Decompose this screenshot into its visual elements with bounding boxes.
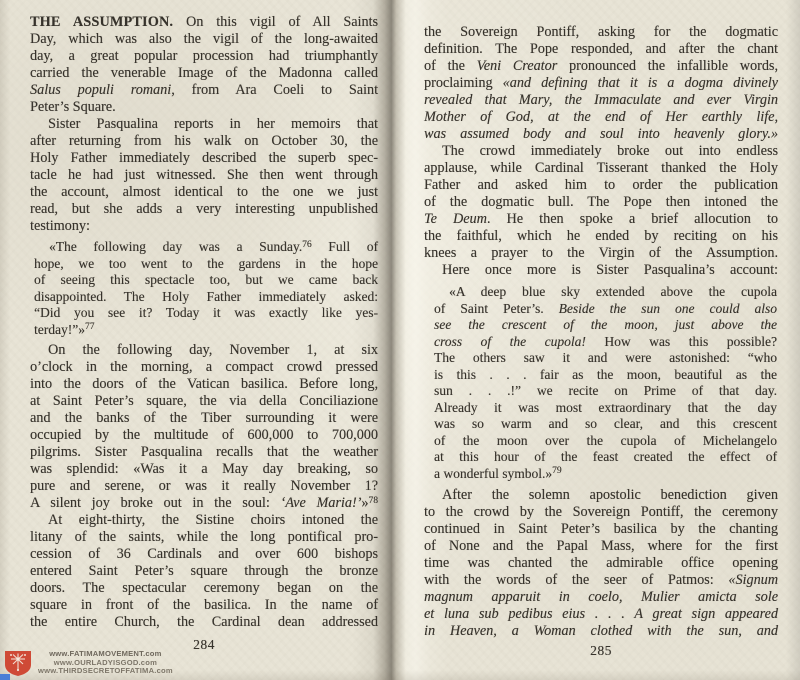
text-segment: On this vigil of All Saints [173,14,378,30]
text-segment: How was this possible? [586,334,777,349]
text-line: a wonderful symbol.»79 [434,466,777,483]
text-segment: THE ASSUMPTION. [30,14,173,30]
text-segment: entered Saint Peter’s square through the… [30,563,378,579]
text-segment: Holy Father immediately described the su… [30,150,378,166]
text-line: The crowd immediately broke out into end… [424,143,778,160]
text-line: the entire Church, the Cardinal dean add… [30,614,378,631]
text-segment: the faithful, which he ended by reciting… [424,228,778,244]
text-line: proclaiming «and defining that it is a d… [424,75,778,92]
footer-urls: www.FATIMAMOVEMENT.com www.OURLADYISGOD.… [38,650,173,676]
text-segment: et luna sub pedibus eius . . . A great s… [424,606,778,622]
text-line: pilgrims. Sister Pasqualina recalls that… [30,444,378,461]
right-edge-shadow [786,0,800,680]
text-segment: The others saw it and were astonished: “… [434,350,777,365]
text-segment: Salus populi romani [30,82,171,98]
text-segment: occupied by the multitude of 600,000 to … [30,427,378,443]
text-segment: in Heaven, a Woman clothed with the sun,… [424,623,778,639]
text-segment: Peter’s Square. [30,99,116,115]
text-line: «The following day was a Sunday.76 Full … [34,239,378,256]
text-segment: a wonderful symbol.» [434,466,552,481]
text-segment: to the crowd by the Sovereign Pontiff, t… [424,504,778,520]
text-segment: the account, almost identical to the one… [30,184,378,200]
text-segment: day, a great popular procession had triu… [30,48,378,64]
text-segment: . He then spoke a brief allocution to [487,211,778,227]
text-segment: time was chanted the admirable office op… [424,555,778,571]
text-segment: of the moon over the cupola of Michelang… [434,433,777,448]
text-segment: of seeing this spectacle too, but we cam… [34,272,378,287]
text-segment: » [361,495,368,511]
text-line: tacle he had just witnessed. She then we… [30,167,378,184]
text-line: disappointed. The Holy Father immediatel… [34,289,378,306]
text-segment: read, but she adds a very interesting un… [30,201,378,217]
text-segment: “Did you see it? Today it was exactly li… [34,305,378,320]
text-line: was assumed body and soul into heavenly … [424,126,778,143]
text-segment: see the crescent of the moon, just above… [434,317,777,332]
text-line: revealed that Mary, the Immaculate and e… [424,92,778,109]
text-segment: the entire Church, the Cardinal dean add… [30,614,378,630]
text-segment: magnum apparuit in coelo, Mulier amicta … [424,589,778,605]
text-line: On the following day, November 1, at six [30,342,378,359]
text-line: carried the venerable Image of the Madon… [30,65,378,82]
text-line: after returning from his walk on October… [30,133,378,150]
text-segment: «Signum [728,572,778,588]
text-line: THE ASSUMPTION. On this vigil of All Sai… [30,14,378,31]
text-line: square in front of the basilica. In the … [30,597,378,614]
text-line: of seeing this spectacle too, but we cam… [34,272,378,289]
footer-watermark: www.FATIMAMOVEMENT.com www.OURLADYISGOD.… [3,650,173,680]
paragraph: After the solemn apostolic benediction g… [424,487,778,640]
book-spread: THE ASSUMPTION. On this vigil of All Sai… [0,0,800,680]
footnote-marker: 76 [302,240,312,250]
text-segment: tacle he had just witnessed. She then we… [30,167,378,183]
text-segment: continued in Saint Peter’s basilica by t… [424,521,778,537]
text-segment: terday!”» [34,322,85,337]
text-line: time was chanted the admirable office op… [424,555,778,572]
text-line: et luna sub pedibus eius . . . A great s… [424,606,778,623]
footnote-marker: 79 [552,466,562,476]
left-edge-shadow [0,0,10,680]
text-line: terday!”»77 [34,322,378,339]
text-segment: Full of [312,239,378,254]
text-segment: pilgrims. Sister Pasqualina recalls that… [30,444,378,460]
text-line: hope, we too went to the gardens in the … [34,256,378,273]
text-segment: o’clock in the morning, a compact crowd … [30,359,378,375]
text-segment: «and defining that it is a dogma divinel… [503,75,778,91]
text-line: litany of the saints, while the long pon… [30,529,378,546]
text-segment: after returning from his walk on October… [30,133,378,149]
text-segment: hope, we too went to the gardens in the … [34,256,378,271]
text-segment: doors. The spectacular ceremony began on… [30,580,378,596]
text-segment: Here once more is Sister Pasqualina’s ac… [442,262,778,278]
text-segment: revealed that Mary, the Immaculate and e… [424,92,778,108]
text-segment: of the dogmatic bull. The Pope then into… [424,194,778,210]
text-segment: carried the venerable Image of the Madon… [30,65,378,81]
paragraph: On the following day, November 1, at six… [30,342,378,512]
text-segment: was splendid: «Was it a May day breaking… [30,461,378,477]
text-line: Salus populi romani, from Ara Coeli to S… [30,82,378,99]
text-line: day, a great popular procession had triu… [30,48,378,65]
text-line: applause, while Cardinal Tisserant thank… [424,160,778,177]
text-line: testimony: [30,218,378,235]
text-line: After the solemn apostolic benediction g… [424,487,778,504]
text-segment: of None and the Papal Mass, where for th… [424,538,778,554]
text-line: A silent joy broke out in the soul: ‘Ave… [30,495,378,512]
text-line: and the banks of the Tiber surrounding i… [30,410,378,427]
text-segment: cross of the cupola! [434,334,586,349]
paragraph: At eight-thirty, the Sistine choirs into… [30,512,378,631]
text-segment: applause, while Cardinal Tisserant thank… [424,160,778,176]
text-segment: A silent joy broke out in the soul: [30,495,281,511]
text-line: Day, which was also the vigil of the lon… [30,31,378,48]
text-segment: Mother of God, at the end of Her earthly… [424,109,778,125]
text-segment: Father and asked him to order the public… [424,177,778,193]
text-segment: the Sovereign Pontiff, asking for the do… [424,24,778,40]
text-line: was so warm and so clear, and this cresc… [434,416,777,433]
text-segment: At eight-thirty, the Sistine choirs into… [48,512,378,528]
text-segment: sun . . .!” we recite on Prime of that d… [434,383,777,398]
text-segment: into the doors of the Vatican basilica. … [30,376,378,392]
text-segment: knees a prayer to the Virgin of the Assu… [424,245,778,261]
footnote-marker: 78 [369,496,379,506]
text-segment: testimony: [30,218,90,234]
text-line: doors. The spectacular ceremony began on… [30,580,378,597]
text-segment: of the [424,58,477,74]
text-segment: with the words of the seer of Patmos: [424,572,728,588]
text-line: magnum apparuit in coelo, Mulier amicta … [424,589,778,606]
paragraph: The crowd immediately broke out into end… [424,143,778,262]
text-segment: was so warm and so clear, and this cresc… [434,416,777,431]
text-line: Already it was most extraordinary that t… [434,400,777,417]
text-segment: square in front of the basilica. In the … [30,597,378,613]
right-page: the Sovereign Pontiff, asking for the do… [424,24,778,640]
text-segment: Sister Pasqualina reports in her memoirs… [48,116,378,132]
text-line: Father and asked him to order the public… [424,177,778,194]
text-line: of the moon over the cupola of Michelang… [434,433,777,450]
text-line: the Sovereign Pontiff, asking for the do… [424,24,778,41]
text-segment: pronounced the infallible words, [557,58,778,74]
text-segment: proclaiming [424,75,503,91]
text-line: the account, almost identical to the one… [30,184,378,201]
text-line: into the doors of the Vatican basilica. … [30,376,378,393]
text-segment: Already it was most extraordinary that t… [434,400,777,415]
text-line: to the crowd by the Sovereign Pontiff, t… [424,504,778,521]
footer-url: www.THIRDSECRETOFFATIMA.com [38,667,173,676]
page-number-right: 285 [424,643,778,659]
text-segment: Beside the sun one could also [559,301,777,316]
corner-artifact [0,674,10,680]
text-segment: litany of the saints, while the long pon… [30,529,378,545]
text-line: sun . . .!” we recite on Prime of that d… [434,383,777,400]
text-line: Peter’s Square. [30,99,378,116]
text-segment: disappointed. The Holy Father immediatel… [34,289,378,304]
text-line: entered Saint Peter’s square through the… [30,563,378,580]
text-segment: , from Ara Coeli to Saint [171,82,378,98]
footnote-marker: 77 [85,322,95,332]
text-line: cession of 36 Cardinals and over 600 bis… [30,546,378,563]
text-line: continued in Saint Peter’s basilica by t… [424,521,778,538]
text-line: the faithful, which he ended by reciting… [424,228,778,245]
text-line: in Heaven, a Woman clothed with the sun,… [424,623,778,640]
text-segment: The crowd immediately broke out into end… [442,143,778,159]
text-segment: of Saint Peter’s. [434,301,559,316]
paragraph: Here once more is Sister Pasqualina’s ac… [424,262,778,279]
text-segment: On the following day, November 1, at six [48,342,378,358]
paragraph: the Sovereign Pontiff, asking for the do… [424,24,778,143]
text-line: at Saint Peter’s square, the via della C… [30,393,378,410]
text-segment: «A deep blue sky extended above the cupo… [449,284,777,299]
text-line: «A deep blue sky extended above the cupo… [434,284,777,301]
text-line: Here once more is Sister Pasqualina’s ac… [424,262,778,279]
text-line: Te Deum. He then spoke a brief allocutio… [424,211,778,228]
text-segment: After the solemn apostolic benediction g… [442,487,778,503]
text-segment: Te Deum [424,211,487,227]
text-line: At eight-thirty, the Sistine choirs into… [30,512,378,529]
text-line: o’clock in the morning, a compact crowd … [30,359,378,376]
text-segment: cession of 36 Cardinals and over 600 bis… [30,546,378,562]
text-segment: ‘Ave Maria!’ [281,495,362,511]
text-line: knees a prayer to the Virgin of the Assu… [424,245,778,262]
text-line: definition. The Pope responded, and afte… [424,41,778,58]
text-segment: and the banks of the Tiber surrounding i… [30,410,378,426]
paragraph: THE ASSUMPTION. On this vigil of All Sai… [30,14,378,116]
text-line: “Did you see it? Today it was exactly li… [34,305,378,322]
text-line: The others saw it and were astonished: “… [434,350,777,367]
paragraph: Sister Pasqualina reports in her memoirs… [30,116,378,235]
text-line: of None and the Papal Mass, where for th… [424,538,778,555]
text-line: Sister Pasqualina reports in her memoirs… [30,116,378,133]
text-line: cross of the cupola! How was this possib… [434,334,777,351]
text-segment: definition. The Pope responded, and afte… [424,41,778,57]
text-line: of the dogmatic bull. The Pope then into… [424,194,778,211]
left-page: THE ASSUMPTION. On this vigil of All Sai… [30,14,378,631]
text-line: see the crescent of the moon, just above… [434,317,777,334]
text-segment: was assumed body and soul into heavenly … [424,126,778,142]
text-segment: Day, which was also the vigil of the lon… [30,31,378,47]
text-line: Holy Father immediately described the su… [30,150,378,167]
block-quote: «The following day was a Sunday.76 Full … [30,239,378,338]
text-line: of the Veni Creator pronounced the infal… [424,58,778,75]
text-line: is this . . . fair as the moon, beautifu… [434,367,777,384]
text-line: was splendid: «Was it a May day breaking… [30,461,378,478]
text-line: read, but she adds a very interesting un… [30,201,378,218]
text-line: pure and serene, or was it really Novemb… [30,478,378,495]
text-segment: at this hour of the feast created the ef… [434,449,777,464]
text-line: at this hour of the feast created the ef… [434,449,777,466]
text-segment: Veni Creator [477,58,558,74]
text-line: occupied by the multitude of 600,000 to … [30,427,378,444]
text-segment: is this . . . fair as the moon, beautifu… [434,367,777,382]
text-line: of Saint Peter’s. Beside the sun one cou… [434,301,777,318]
text-line: Mother of God, at the end of Her earthly… [424,109,778,126]
text-segment: pure and serene, or was it really Novemb… [30,478,378,494]
text-segment: at Saint Peter’s square, the via della C… [30,393,378,409]
text-segment: «The following day was a Sunday. [49,239,302,254]
text-line: with the words of the seer of Patmos: «S… [424,572,778,589]
block-quote: «A deep blue sky extended above the cupo… [424,284,778,482]
